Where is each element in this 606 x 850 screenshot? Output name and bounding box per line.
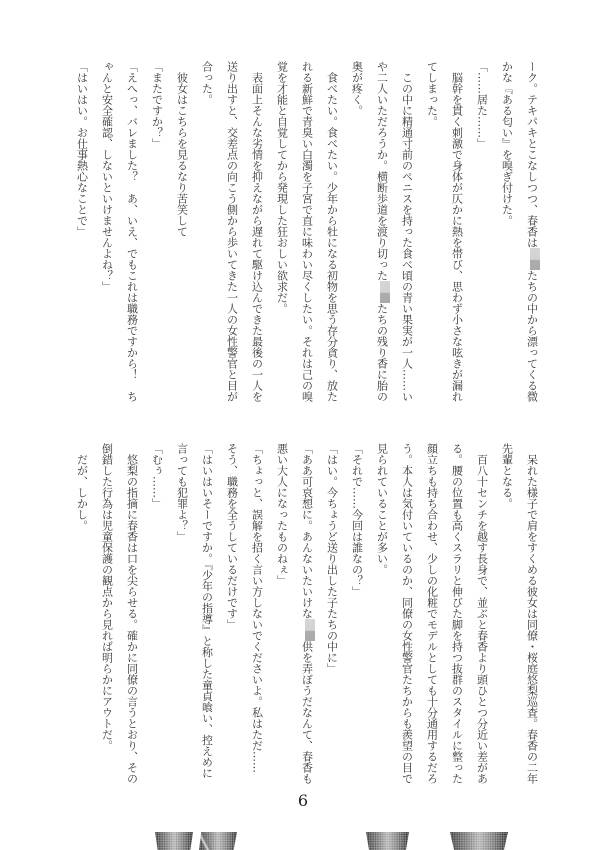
text-segment: 「はいはい。お仕事熱心なことで」 [76, 61, 89, 237]
text-segment: 脳幹を貫く刺激で身体が仄かに熱を帯び、思わず小さな呟きが漏れ [451, 72, 464, 402]
text-segment: 「ちょっと、誤解を招く言い方しないでくださいよ。私はただ…… [251, 443, 264, 773]
text-segment: 先輩となる。 [501, 443, 514, 509]
book-page: ーク。テキパキとこなしつつ、春香はたちの中から漂ってくる微かな『ある匂い』を嗅ぎ… [0, 0, 606, 850]
text-segment: 「それで……今回は誰なの？」 [351, 443, 364, 597]
text-line: 見られていることが多い。 [370, 443, 395, 784]
text-line: てしまった。 [420, 61, 445, 402]
text-line: る。腰の位置も高くスラリと伸びた脚を持つ抜群のスタイルに整った [445, 443, 470, 784]
text-line: 「はいはいそーですか。『少年の指導』と称した童貞喰い、控えめに [195, 443, 220, 784]
text-segment: 表面上そんな劣情を抑えながら遅れて駆け込んできた最後の一人を [251, 72, 264, 402]
text-segment: 「えへっ、バレました？ あ、いえ、でもこれは職務ですから！ ち [126, 61, 139, 402]
text-segment: 「……居た……」 [476, 61, 489, 149]
paragraph-start-line: だが、しかし。 [70, 443, 95, 784]
text-segment: 言っても犯罪よ？」 [176, 443, 189, 542]
text-line: 言っても犯罪よ？」 [170, 443, 195, 784]
paragraph-start-line: 食べたい。食べたい。少年から牡になる初物を思う存分貪り、放た [320, 61, 345, 402]
text-line: かな『ある匂い』を嗅ぎ付けた。 [495, 61, 520, 402]
censored-mosaic [380, 281, 390, 303]
paragraph-start-line: 彼女はこちらを見るなり苦笑して [170, 61, 195, 402]
text-line: れる新鮮で青臭い白濁を子宮で直に味わい尽くしたい。それは己の嗅 [295, 61, 320, 402]
text-segment: 倒錯した行為は児童保護の観点から見れば明らかにアウトだ。 [101, 443, 114, 751]
paragraph-start-line: 悠梨の指摘に春香は口を尖らせる。確かに同僚の言うとおり、その [120, 443, 145, 784]
text-segment: たちの中から漂ってくる微 [526, 270, 539, 402]
text-segment: 呆れた様子で肩をすくめる彼女は同僚・桜庭悠梨巡査。春香の二年 [526, 454, 539, 784]
text-segment: る。腰の位置も高くスラリと伸びた脚を持つ抜群のスタイルに整った [451, 443, 464, 784]
paragraph-start-line: この中に精通寸前のペニスを持った食べ頃の青い果実が一人……い [395, 61, 420, 402]
text-line: 「……居た……」 [470, 61, 495, 402]
paragraph-start-line: 表面上そんな劣情を抑えながら遅れて駆け込んできた最後の一人を [245, 61, 270, 402]
page-number: 6 [283, 791, 323, 810]
text-line: や二人いただろうか。横断歩道を渡り切ったたちの残り香に胎の [370, 61, 395, 402]
text-segment: 合った。 [201, 61, 214, 105]
text-line: ゃんと安全確認、しないといけませんよね？」 [95, 61, 120, 402]
text-segment: 供を弄ぼうだなんて、春香も [301, 641, 314, 784]
text-segment: 顔立ちも持ち合わせ、少しの化粧でモデルとしても十分通用するだろ [426, 443, 439, 784]
paragraph-start-line: 呆れた様子で肩をすくめる彼女は同僚・桜庭悠梨巡査。春香の二年 [520, 443, 545, 784]
text-line: 「むぅ……」 [145, 443, 170, 784]
text-segment: 食べたい。食べたい。少年から牡になる初物を思う存分貪り、放た [326, 72, 339, 402]
text-segment: かな『ある匂い』を嗅ぎ付けた。 [501, 61, 514, 226]
text-line: 悪い大人になったものねぇ」 [270, 443, 295, 784]
text-segment: 「またですか？」 [151, 61, 164, 149]
text-segment: 覚を才能と自覚してから発現した狂おしい欲求だ。 [276, 61, 289, 314]
paragraph-start-line: 脳幹を貫く刺激で身体が仄かに熱を帯び、思わず小さな呟きが漏れ [445, 61, 470, 402]
text-line: 奥が疼く。 [345, 61, 370, 402]
text-segment: この中に精通寸前のペニスを持った食べ頃の青い果実が一人……い [401, 72, 414, 402]
censored-mosaic [305, 619, 315, 641]
halftone-decoration [199, 832, 237, 850]
text-segment: う。本人は気付いているのか、同僚の女性警官たちからも羨望の目で [401, 443, 414, 784]
censored-mosaic [530, 248, 540, 270]
text-line: 「ああ可哀想に。あんないたいけな供を弄ぼうだなんて、春香も [295, 443, 320, 784]
text-segment: 悪い大人になったものねぇ」 [276, 443, 289, 586]
text-segment: てしまった。 [426, 61, 439, 127]
text-segment: 見られていることが多い。 [376, 443, 389, 575]
text-line: 「はいはい。お仕事熱心なことで」 [70, 61, 95, 402]
text-segment: 奥が疼く。 [351, 61, 364, 116]
text-segment: れる新鮮で青臭い白濁を子宮で直に味わい尽くしたい。それは己の嗅 [301, 61, 314, 402]
text-segment: 「ああ可哀想に。あんないたいけな [301, 443, 314, 619]
text-line: 顔立ちも持ち合わせ、少しの化粧でモデルとしても十分通用するだろ [420, 443, 445, 784]
text-line: 「またですか？」 [145, 61, 170, 402]
text-line: 倒錯した行為は児童保護の観点から見れば明らかにアウトだ。 [95, 443, 120, 784]
text-line: 合った。 [195, 61, 220, 402]
halftone-decoration [155, 832, 193, 850]
text-line: 送り出すと、交差点の向こう側から歩いてきた一人の女性警官と目が [220, 61, 245, 402]
text-segment: 送り出すと、交差点の向こう側から歩いてきた一人の女性警官と目が [226, 61, 239, 402]
text-line: 先輩となる。 [495, 443, 520, 784]
halftone-decoration [450, 832, 508, 850]
text-line: 「それで……今回は誰なの？」 [345, 443, 370, 784]
paragraph-start-line: 百八十センチを越す長身で、並ぶと春香より頭ひとつ分近い差があ [470, 443, 495, 784]
text-segment: 悠梨の指摘に春香は口を尖らせる。確かに同僚の言うとおり、その [126, 454, 139, 784]
halftone-decoration [366, 832, 409, 850]
text-segment: ゃんと安全確認、しないといけませんよね？」 [101, 61, 114, 292]
text-segment: や二人いただろうか。横断歩道を渡り切った [376, 61, 389, 281]
text-line: 「はい。今ちょうど送り出した子たちの中に」 [320, 443, 345, 784]
text-segment: そう、職務を全うしているだけです」 [226, 443, 239, 630]
text-block-upper: ーク。テキパキとこなしつつ、春香はたちの中から漂ってくる微かな『ある匂い』を嗅ぎ… [70, 61, 545, 402]
text-line: 覚を才能と自覚してから発現した狂おしい欲求だ。 [270, 61, 295, 402]
text-segment: 「むぅ……」 [151, 443, 164, 509]
text-line: そう、職務を全うしているだけです」 [220, 443, 245, 784]
text-line: 「ちょっと、誤解を招く言い方しないでくださいよ。私はただ…… [245, 443, 270, 784]
text-segment: 「はい。今ちょうど送り出した子たちの中に」 [326, 443, 339, 674]
text-block-lower: 呆れた様子で肩をすくめる彼女は同僚・桜庭悠梨巡査。春香の二年先輩となる。百八十セ… [70, 443, 545, 784]
text-line: ーク。テキパキとこなしつつ、春香はたちの中から漂ってくる微 [520, 61, 545, 402]
text-segment: 「はいはいそーですか。『少年の指導』と称した童貞喰い、控えめに [201, 443, 214, 779]
text-segment: たちの残り香に胎の [376, 303, 389, 402]
text-segment: 彼女はこちらを見るなり苦笑して [176, 72, 189, 237]
text-segment: 百八十センチを越す長身で、並ぶと春香より頭ひとつ分近い差があ [476, 454, 489, 784]
text-line: 「えへっ、バレました？ あ、いえ、でもこれは職務ですから！ ち [120, 61, 145, 402]
text-segment: だが、しかし。 [76, 454, 89, 531]
text-segment: ーク。テキパキとこなしつつ、春香は [526, 61, 539, 248]
text-line: う。本人は気付いているのか、同僚の女性警官たちからも羨望の目で [395, 443, 420, 784]
